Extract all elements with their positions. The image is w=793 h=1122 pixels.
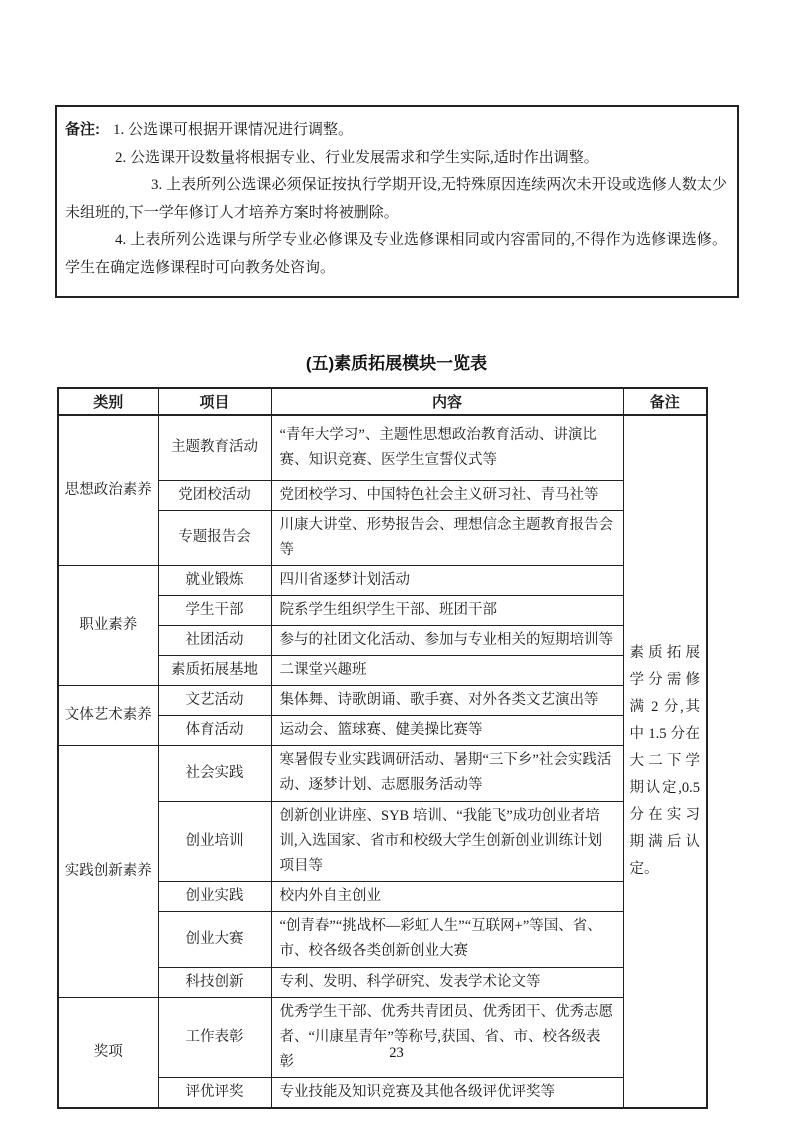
table-header-row: 类别 项目 内容 备注 [58, 388, 707, 415]
project-cell: 创业实践 [158, 881, 271, 911]
project-cell: 社会实践 [158, 745, 271, 801]
content-cell: 参与的社团文化活动、参加与专业相关的短期培训等 [271, 625, 623, 655]
note-item-1-text: 1. 公选课可根据开课情况进行调整。 [113, 122, 353, 138]
category-cell: 文体艺术素养 [58, 685, 158, 745]
project-cell: 体育活动 [158, 715, 271, 745]
header-cell-project: 项目 [158, 388, 271, 415]
content-cell: 四川省逐梦计划活动 [271, 565, 623, 595]
category-cell: 思想政治素养 [58, 415, 158, 565]
content-cell: 集体舞、诗歌朗诵、歌手赛、对外各类文艺演出等 [271, 685, 623, 715]
table-row: 奖项 工作表彰 优秀学生干部、优秀共青团员、优秀团干、优秀志愿者、“川康星青年”… [58, 997, 707, 1077]
content-cell: 专业技能及知识竞赛及其他各级评优评奖等 [271, 1077, 623, 1108]
project-cell: 主题教育活动 [158, 415, 271, 480]
page-number: 23 [0, 1045, 793, 1062]
content-cell: “青年大学习”、主题性思想政治教育活动、讲演比赛、知识竞赛、医学生宣誓仪式等 [271, 415, 623, 480]
note-item-4: 4. 上表所列公选课与所学专业必修课及专业选修课相同或内容雷同的,不得作为选修课… [65, 227, 727, 282]
project-cell: 创业大赛 [158, 911, 271, 967]
project-cell: 学生干部 [158, 595, 271, 625]
project-cell: 科技创新 [158, 967, 271, 997]
content-cell: 寒暑假专业实践调研活动、暑期“三下乡”社会实践活动、逐梦计划、志愿服务活动等 [271, 745, 623, 801]
content-cell: 创新创业讲座、SYB 培训、“我能飞”成功创业者培训,入选国家、省市和校级大学生… [271, 801, 623, 881]
project-cell: 专题报告会 [158, 510, 271, 565]
content-cell: “创青春”“挑战杯—彩虹人生”“互联网+”等国、省、市、校各级各类创新创业大赛 [271, 911, 623, 967]
quality-module-table: 类别 项目 内容 备注 思想政治素养 主题教育活动 “青年大学习”、主题性思想政… [57, 387, 708, 1109]
note-box: 备注:1. 公选课可根据开课情况进行调整。 2. 公选课开设数量将根据专业、行业… [55, 105, 739, 298]
project-cell: 社团活动 [158, 625, 271, 655]
content-cell: 党团校学习、中国特色社会主义研习社、青马社等 [271, 480, 623, 510]
header-cell-content: 内容 [271, 388, 623, 415]
note-item-3: 3. 上表所列公选课必须保证按执行学期开设,无特殊原因连续两次未开设或选修人数太… [65, 172, 727, 227]
header-cell-remark: 备注 [623, 388, 707, 415]
content-cell: 二课堂兴趣班 [271, 655, 623, 685]
table-row: 实践创新素养 社会实践 寒暑假专业实践调研活动、暑期“三下乡”社会实践活动、逐梦… [58, 745, 707, 801]
table-row: 文体艺术素养 文艺活动 集体舞、诗歌朗诵、歌手赛、对外各类文艺演出等 [58, 685, 707, 715]
note-item-1: 备注:1. 公选课可根据开课情况进行调整。 [65, 116, 727, 145]
note-label: 备注: [65, 121, 100, 138]
note-item-2: 2. 公选课开设数量将根据专业、行业发展需求和学生实际,适时作出调整。 [65, 145, 727, 173]
content-cell: 优秀学生干部、优秀共青团员、优秀团干、优秀志愿者、“川康星青年”等称号,获国、省… [271, 997, 623, 1077]
document-page: 备注:1. 公选课可根据开课情况进行调整。 2. 公选课开设数量将根据专业、行业… [0, 0, 793, 1122]
category-cell: 职业素养 [58, 565, 158, 685]
project-cell: 就业锻炼 [158, 565, 271, 595]
remark-cell: 素质拓展学分需修满 2 分,其中 1.5 分在大二下学期认定,0.5 分在实习期… [623, 415, 707, 1108]
category-cell: 实践创新素养 [58, 745, 158, 997]
header-cell-category: 类别 [58, 388, 158, 415]
content-cell: 专利、发明、科学研究、发表学术论文等 [271, 967, 623, 997]
project-cell: 素质拓展基地 [158, 655, 271, 685]
section-title: (五)素质拓展模块一览表 [0, 349, 793, 374]
content-cell: 运动会、篮球赛、健美操比赛等 [271, 715, 623, 745]
project-cell: 党团校活动 [158, 480, 271, 510]
table-row: 思想政治素养 主题教育活动 “青年大学习”、主题性思想政治教育活动、讲演比赛、知… [58, 415, 707, 480]
content-cell: 校内外自主创业 [271, 881, 623, 911]
content-cell: 川康大讲堂、形势报告会、理想信念主题教育报告会等 [271, 510, 623, 565]
table-row: 职业素养 就业锻炼 四川省逐梦计划活动 [58, 565, 707, 595]
content-cell: 院系学生组织学生干部、班团干部 [271, 595, 623, 625]
project-cell: 工作表彰 [158, 997, 271, 1077]
project-cell: 创业培训 [158, 801, 271, 881]
project-cell: 文艺活动 [158, 685, 271, 715]
project-cell: 评优评奖 [158, 1077, 271, 1108]
